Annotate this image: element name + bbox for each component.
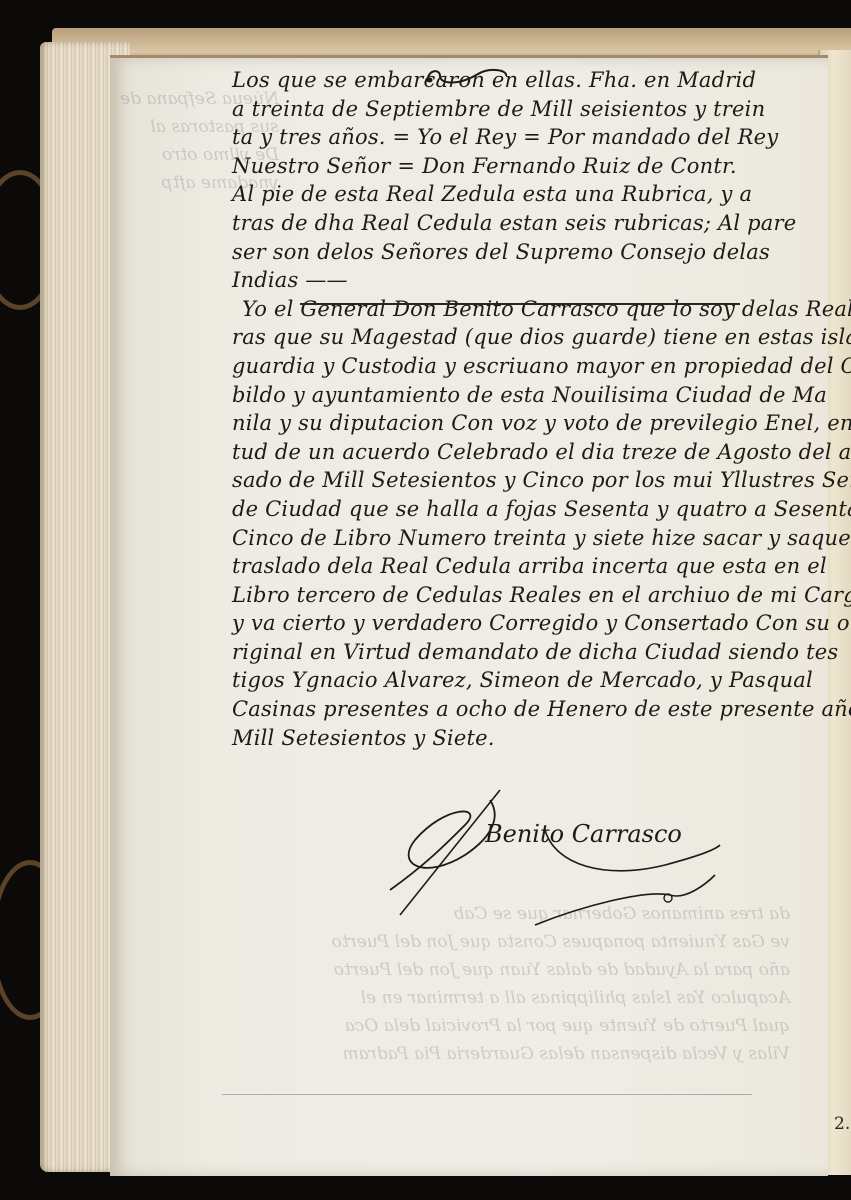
text-line: a treinta de Septiembre de Mill seisient… xyxy=(232,95,832,124)
text-line: Yo el General Don Benito Carrasco que lo… xyxy=(232,295,832,324)
manuscript-text: Los que se embarcaron en ellas. Fha. en … xyxy=(232,66,832,752)
signature-name: Benito Carrasco xyxy=(485,820,682,848)
text-line: tras de dha Real Cedula estan seis rubri… xyxy=(232,209,832,238)
signature-block: Benito Carrasco xyxy=(385,785,725,935)
text-line: bildo y ayuntamiento de esta Nouilisima … xyxy=(232,381,832,410)
text-line: Mill Setesientos y Siete. xyxy=(232,724,832,753)
text-line: sado de Mill Setesientos y Cinco por los… xyxy=(232,466,832,495)
signature-flourish-icon xyxy=(385,785,725,935)
text-line: Los que se embarcaron en ellas. Fha. en … xyxy=(232,66,832,95)
text-line: de Ciudad que se halla a fojas Sesenta y… xyxy=(232,495,832,524)
text-line: Indias —— xyxy=(232,266,832,295)
manuscript-scene: Nu̇eua Sefpana de sus pastoras al De yll… xyxy=(0,0,851,1200)
text-line: Cinco de Libro Numero treinta y siete hi… xyxy=(232,524,832,553)
text-line: traslado dela Real Cedula arriba incerta… xyxy=(232,552,832,581)
text-line: Casinas presentes a ocho de Henero de es… xyxy=(232,695,832,724)
text-line: Libro tercero de Cedulas Reales en el ar… xyxy=(232,581,832,610)
text-line: Al pie de esta Real Zedula esta una Rubr… xyxy=(232,180,832,209)
text-line: ta y tres años. = Yo el Rey = Por mandad… xyxy=(232,123,832,152)
bleed-through-rule xyxy=(222,1094,752,1095)
text-line: ser son delos Señores del Supremo Consej… xyxy=(232,238,832,267)
text-line: riginal en Virtud demandato de dicha Ciu… xyxy=(232,638,832,667)
section-divider-line xyxy=(300,303,740,305)
text-line: ras que su Magestad (que dios guarde) ti… xyxy=(232,323,832,352)
text-line: guardia y Custodia y escriuano mayor en … xyxy=(232,352,832,381)
text-line: Nuestro Señor = Don Fernando Ruiz de Con… xyxy=(232,152,832,181)
text-line: nila y su diputacion Con voz y voto de p… xyxy=(232,409,832,438)
text-line: y va cierto y verdadero Corregido y Cons… xyxy=(232,609,832,638)
text-line: tud de un acuerdo Celebrado el dia treze… xyxy=(232,438,832,467)
page-number: 2. xyxy=(834,1114,850,1134)
text-line: tigos Ygnacio Alvarez, Simeon de Mercado… xyxy=(232,666,832,695)
